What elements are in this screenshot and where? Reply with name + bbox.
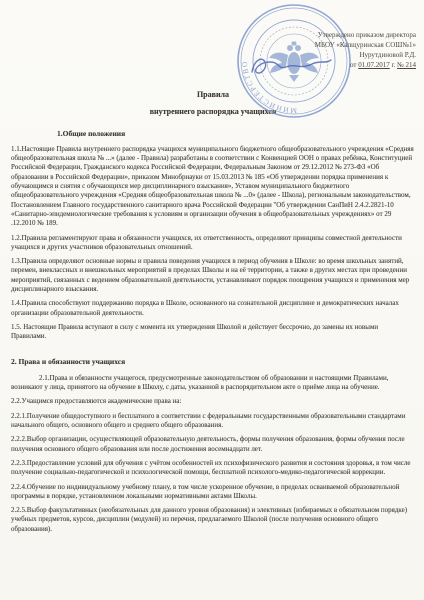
- scanned-document-page: МИНИСТЕРСТВО ОБРАЗОВАНИЯ Утверждено прик…: [0, 0, 424, 600]
- paragraph-2-2-3: 2.2.3.Предоставление условий для обучени…: [11, 459, 415, 478]
- approval-line-2: МБОУ «Капщуринская СОШ№1»: [216, 40, 416, 50]
- paragraph-2-1: 2.1.Права и обязанности учащегося, преду…: [11, 374, 415, 393]
- approval-line-3: Нурутдиновой Р.Д.: [216, 50, 416, 60]
- paragraph-2-2-4: 2.2.4.Обучение по индивидуальному учебно…: [11, 483, 415, 502]
- paragraph-1-4: 1.4.Правила способствуют поддержанию пор…: [11, 299, 415, 318]
- paragraph-1-2: 1.2.Правила регламентируют права и обяза…: [11, 234, 415, 253]
- paragraph-1-1: 1.1.Настоящие Правила внутреннего распор…: [11, 145, 415, 229]
- approval-line-4: от 01.07.2017 г. № 214: [216, 60, 416, 70]
- approval-date: 01.07.2017: [358, 61, 390, 69]
- approval-order-number: № 214: [397, 61, 416, 69]
- paragraph-1-5: 1.5. Настоящие Правила вступают в силу с…: [11, 323, 415, 342]
- approval-block: Утверждено приказом директора МБОУ «Капщ…: [216, 30, 416, 70]
- section-1-heading: 1.Общие положения: [57, 129, 415, 138]
- paragraph-2-2-2: 2.2.2.Выбор организации, осуществляющей …: [11, 435, 415, 454]
- approval-line-1: Утверждено приказом директора: [216, 30, 416, 40]
- section-2-heading: 2. Права и обязанности учащихся: [11, 357, 415, 366]
- approval-date-prefix: от: [350, 61, 358, 69]
- document-title-line-1: Правила: [11, 90, 415, 99]
- document-body: Правила внутреннего распорядка учащихся …: [11, 0, 415, 539]
- paragraph-1-3: 1.3.Правила определяют основные нормы и …: [11, 257, 415, 294]
- document-title-line-2: внутреннего распорядка учащихся: [11, 107, 415, 116]
- paragraph-2-2: 2.2.Учащимся предоставляются академическ…: [11, 397, 415, 406]
- paragraph-2-2-5: 2.2.5.Выбор факультативных (необязательн…: [11, 506, 415, 534]
- approval-date-suffix: г.: [390, 61, 397, 69]
- paragraph-2-2-1: 2.2.1.Получение общедоступного и бесплат…: [11, 412, 415, 431]
